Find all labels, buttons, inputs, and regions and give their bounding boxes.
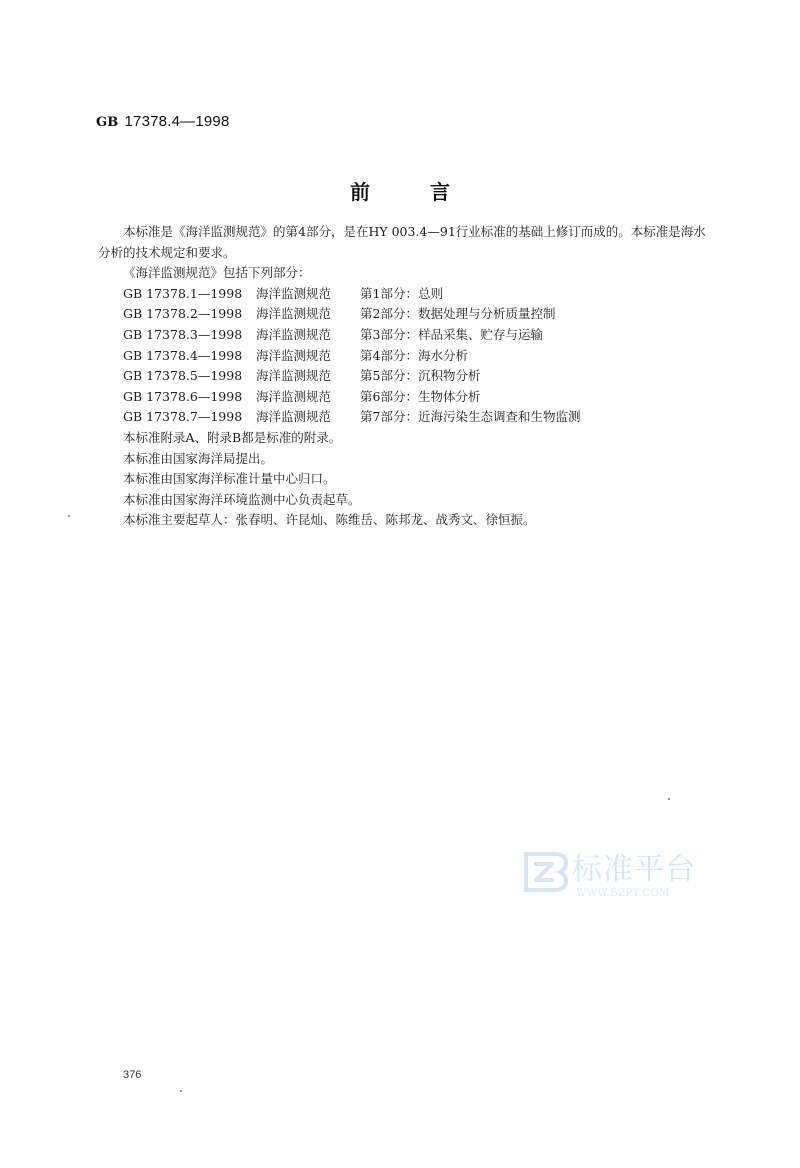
part-series: 海洋监测规范 [256, 284, 360, 305]
standard-number: 17378.4—1998 [125, 113, 230, 130]
statement-drafters: 本标准主要起草人：张春明、许昆灿、陈维岳、陈邦龙、战秀文、徐恒振。 [98, 510, 718, 531]
part-code: GB 17378.2—1998 [123, 304, 256, 325]
parts-list-item: GB 17378.6—1998 海洋监测规范 第6部分：生物体分析 [98, 387, 718, 408]
part-title: 第5部分：沉积物分析 [360, 366, 480, 387]
watermark: 标准平台 WWW.BZPT.COM [524, 852, 696, 899]
parts-list-item: GB 17378.2—1998 海洋监测规范 第2部分：数据处理与分析质量控制 [98, 304, 718, 325]
part-series: 海洋监测规范 [256, 346, 360, 367]
title-char-1: 前 [350, 176, 370, 205]
parts-list-item: GB 17378.3—1998 海洋监测规范 第3部分：样品采集、贮存与运输 [98, 325, 718, 346]
page-number: 376 [123, 1069, 141, 1081]
parts-list-item: GB 17378.1—1998 海洋监测规范 第1部分：总则 [98, 284, 718, 305]
part-code: GB 17378.6—1998 [123, 387, 256, 408]
scan-speck [668, 798, 670, 800]
foreword-body: 本标准是《海洋监测规范》的第4部分，是在HY 003.4—91行业标准的基础上修… [98, 222, 718, 531]
parts-list-item: GB 17378.4—1998 海洋监测规范 第4部分：海水分析 [98, 346, 718, 367]
watermark-title: 标准平台 [572, 852, 696, 888]
title-char-2: 言 [430, 176, 450, 205]
part-series: 海洋监测规范 [256, 325, 360, 346]
part-series: 海洋监测规范 [256, 366, 360, 387]
scan-speck [68, 515, 70, 517]
scan-speck [180, 1090, 182, 1092]
bzpt-logo-icon [524, 852, 568, 892]
part-title: 第2部分：数据处理与分析质量控制 [360, 304, 555, 325]
part-title: 第3部分：样品采集、贮存与运输 [360, 325, 543, 346]
part-title: 第4部分：海水分析 [360, 346, 468, 367]
watermark-url: WWW.BZPT.COM [576, 888, 696, 899]
statement-drafting-unit: 本标准由国家海洋环境监测中心负责起草。 [98, 490, 718, 511]
part-code: GB 17378.4—1998 [123, 346, 256, 367]
standard-code-header: GB17378.4—1998 [96, 113, 230, 130]
part-code: GB 17378.7—1998 [123, 407, 256, 428]
statement-proposer: 本标准由国家海洋局提出。 [98, 449, 718, 470]
part-title: 第6部分：生物体分析 [360, 387, 480, 408]
part-title: 第7部分：近海污染生态调查和生物监测 [360, 407, 580, 428]
page-title: 前言 [0, 176, 800, 205]
part-code: GB 17378.1—1998 [123, 284, 256, 305]
statement-appendix: 本标准附录A、附录B都是标准的附录。 [98, 428, 718, 449]
statement-administrator: 本标准由国家海洋标准计量中心归口。 [98, 469, 718, 490]
part-title: 第1部分：总则 [360, 284, 443, 305]
part-code: GB 17378.5—1998 [123, 366, 256, 387]
parts-heading: 《海洋监测规范》包括下列部分： [98, 263, 718, 284]
part-series: 海洋监测规范 [256, 407, 360, 428]
parts-list-item: GB 17378.5—1998 海洋监测规范 第5部分：沉积物分析 [98, 366, 718, 387]
part-code: GB 17378.3—1998 [123, 325, 256, 346]
intro-paragraph: 本标准是《海洋监测规范》的第4部分，是在HY 003.4—91行业标准的基础上修… [98, 222, 718, 263]
part-series: 海洋监测规范 [256, 304, 360, 325]
part-series: 海洋监测规范 [256, 387, 360, 408]
standard-prefix: GB [96, 115, 119, 130]
parts-list-item: GB 17378.7—1998 海洋监测规范 第7部分：近海污染生态调查和生物监… [98, 407, 718, 428]
